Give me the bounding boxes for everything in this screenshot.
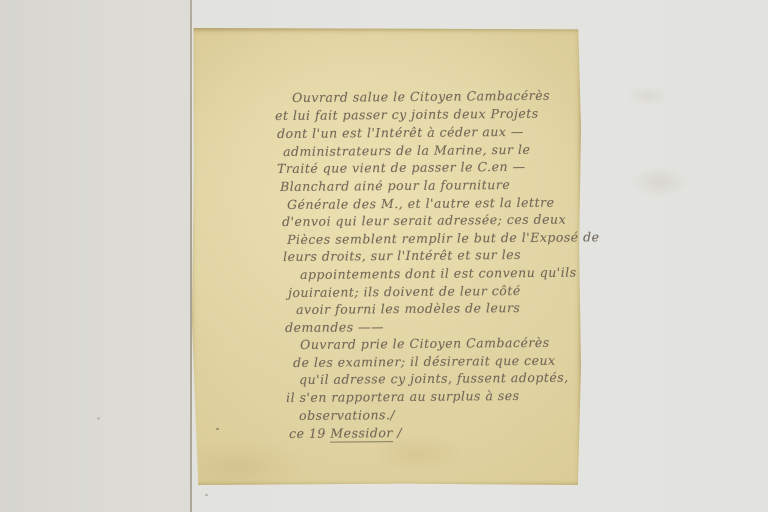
page-fold-edge xyxy=(190,0,192,512)
mat-speck xyxy=(97,417,100,420)
scan-background: Ouvrard salue le Citoyen Cambacérèset lu… xyxy=(0,0,768,512)
backing-mat-left xyxy=(0,0,190,512)
paper-speck xyxy=(216,428,219,430)
dateline: ce 19 Messidor / xyxy=(289,425,402,441)
dateline-flourish: / xyxy=(393,425,402,440)
letter-paper xyxy=(192,28,581,485)
dateline-prefix: ce 19 xyxy=(289,426,330,441)
dateline-month: Messidor xyxy=(330,425,393,443)
mat-speck xyxy=(205,494,208,496)
